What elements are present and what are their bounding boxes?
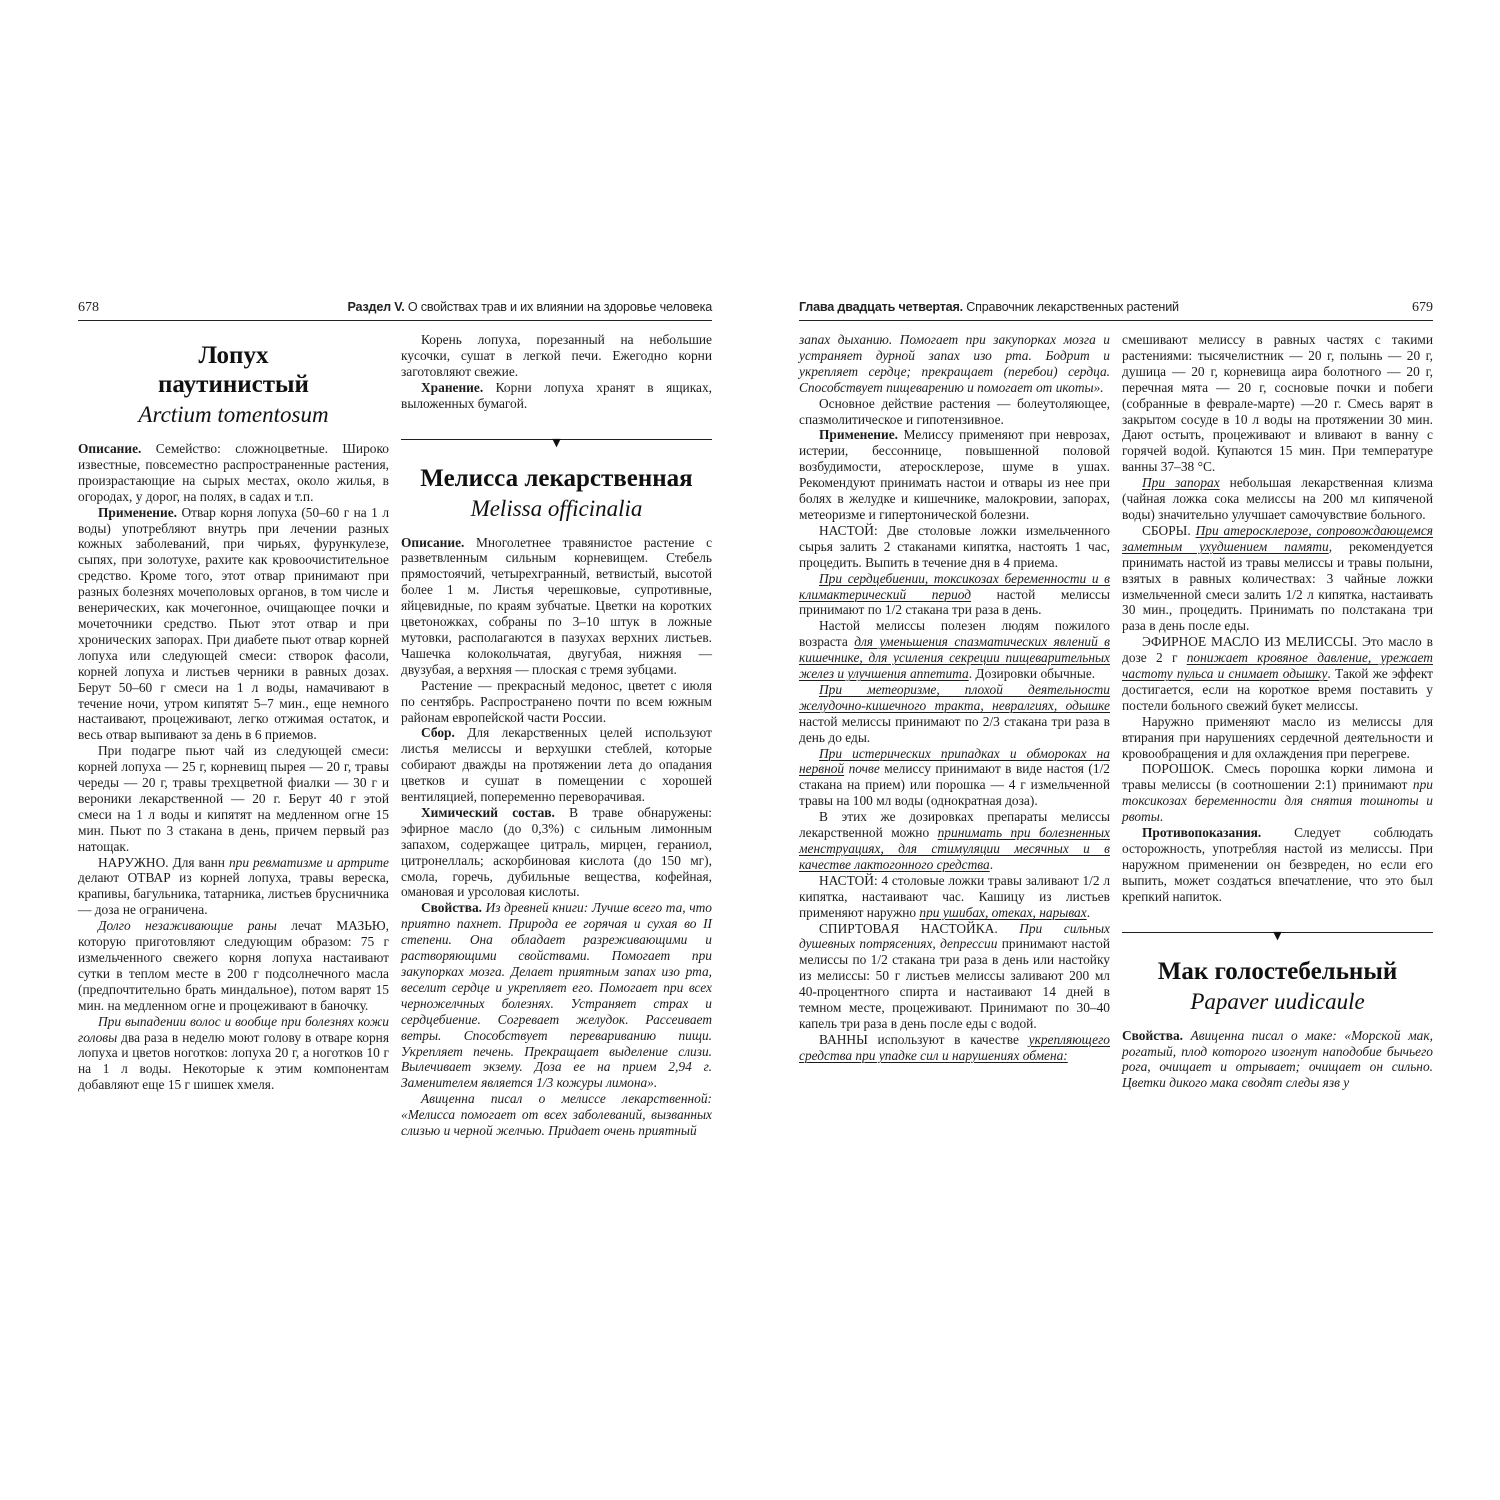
text-column-2: смешивают мелиссу в равных частях с таки… <box>1122 332 1433 1091</box>
text-run: два раза в неделю моют голову в отваре к… <box>78 1030 389 1093</box>
text-run: СПИРТОВАЯ НАСТОЙКА. <box>819 921 1019 936</box>
text-run: делают ОТВАР из корней лопуха, травы вер… <box>78 870 389 917</box>
text-run: . Дозировки обычные. <box>969 666 1095 681</box>
species-title-latin: Arctium tomentosum <box>78 401 389 429</box>
paragraph: смешивают мелиссу в равных частях с таки… <box>1122 332 1433 475</box>
text-run: Корень лопуха, порезанный на небольшие к… <box>401 332 712 379</box>
paragraph: При запорах небольшая лекарственная клиз… <box>1122 475 1433 523</box>
section-divider: ▼ <box>401 439 712 440</box>
running-head-left: 678 Раздел V. О свойствах трав и их влия… <box>78 300 712 315</box>
text-run: настой мелиссы принимают по 2/3 стакана … <box>799 714 1110 745</box>
paragraph: Применение. Мелиссу применяют при невроз… <box>799 427 1110 522</box>
triangle-down-icon: ▼ <box>1273 930 1281 942</box>
paragraph: Долго незаживающие раны лечат МАЗЬЮ, кот… <box>78 918 389 1013</box>
text-run: Долго незаживающие раны <box>98 918 277 933</box>
species-title-russian: Мак голостебельный <box>1122 957 1433 986</box>
text-run: Растение — прекрасный медонос, цветет с … <box>401 678 712 725</box>
text-run: смешивают мелиссу в равных частях с таки… <box>1122 332 1433 474</box>
text-run: Отвар корня лопуха (50–60 г на 1 л воды)… <box>78 505 389 743</box>
paragraph: ПОРОШОК. Смесь порошка корки лимона и тр… <box>1122 761 1433 825</box>
paragraph: При метеоризме, плохой деятельности желу… <box>799 682 1110 746</box>
text-column-1: запах дыханию. Помогает при закупорках м… <box>799 332 1110 1091</box>
text-run: . <box>990 857 993 872</box>
text-run: НАРУЖНО. Для ванн <box>98 855 229 870</box>
running-head-text: Раздел V. О свойствах трав и их влиянии … <box>348 300 713 315</box>
species-title-latin: Melissa officinalia <box>401 495 712 523</box>
running-head-section: Раздел V. <box>348 300 405 314</box>
paragraph: При выпадении волос и вообще при болезня… <box>78 1014 389 1094</box>
text-run: Применение. <box>98 505 181 520</box>
paragraph: Свойства. Из древней книги: Лучше всего … <box>401 900 712 1091</box>
paragraph: Противопоказания. Следует соблюдать осто… <box>1122 825 1433 905</box>
paragraph: ЭФИРНОЕ МАСЛО ИЗ МЕЛИССЫ. Это масло в до… <box>1122 634 1433 714</box>
text-run: При запорах <box>1142 475 1220 490</box>
species-title-russian: Лопух паутинистый <box>78 341 389 399</box>
paragraph: Применение. Отвар корня лопуха (50–60 г … <box>78 505 389 744</box>
text-run: Авиценна писал о мелиссе лекарственной: … <box>401 1091 712 1138</box>
species-title: Лопух паутинистыйArctium tomentosum <box>78 341 389 429</box>
text-run: Свойства. <box>1122 1028 1191 1043</box>
text-column-2: Корень лопуха, порезанный на небольшие к… <box>401 332 712 1139</box>
text-run: Основное действие растения — болеутоляющ… <box>799 396 1110 427</box>
species-title: Мелисса лекарственнаяMelissa officinalia <box>401 464 712 523</box>
page-columns: запах дыханию. Помогает при закупорках м… <box>799 332 1433 1091</box>
running-head-section: Глава двадцать четвертая. <box>799 300 963 314</box>
section-divider: ▼ <box>1122 932 1433 933</box>
paragraph: Описание. Семейство: сложноцветные. Широ… <box>78 441 389 505</box>
paragraph: При сердцебиении, токсикозах беременност… <box>799 571 1110 619</box>
text-run: При подагре пьют чай из следующей смеси:… <box>78 743 389 853</box>
paragraph: НАСТОЙ: Две столовые ложки измельченного… <box>799 523 1110 571</box>
text-run: Химический состав. <box>421 805 569 820</box>
paragraph: ВАННЫ используют в качестве укрепляющего… <box>799 1032 1110 1064</box>
paragraph: Описание. Многолетнее травянистое растен… <box>401 535 712 678</box>
text-run: запах дыханию. Помогает при закупорках м… <box>799 332 1110 395</box>
paragraph: Настой мелиссы полезен людям пожилого во… <box>799 618 1110 682</box>
text-run: Описание. <box>78 441 156 456</box>
running-head-title: О свойствах трав и их влиянии на здоровь… <box>405 300 712 314</box>
text-run: ПОРОШОК. Смесь порошка корки лимона и тр… <box>1122 761 1433 792</box>
text-run: Сбор. <box>421 725 467 740</box>
text-run: СБОРЫ. <box>1142 523 1196 538</box>
text-run: ВАННЫ используют в качестве <box>819 1032 1029 1047</box>
book-spread: 678 Раздел V. О свойствах трав и их влия… <box>0 0 1500 1500</box>
running-head-title: Справочник лекарственных растений <box>963 300 1179 314</box>
text-run: Наружно применяют масло из мелиссы для в… <box>1122 714 1433 761</box>
header-rule <box>799 320 1433 321</box>
paragraph: Авиценна писал о мелиссе лекарственной: … <box>401 1091 712 1139</box>
paragraph: НАРУЖНО. Для ванн при ревматизме и артри… <box>78 855 389 919</box>
text-run: Многолетнее травянистое растение с разве… <box>401 535 712 677</box>
running-head-text: Глава двадцать четвертая. Справочник лек… <box>799 300 1179 315</box>
text-run: При метеоризме, плохой деятельности желу… <box>799 682 1110 713</box>
text-run: при ушибах, отеках, нарывах <box>919 905 1086 920</box>
text-run: почве <box>844 761 880 776</box>
page-number: 679 <box>1412 300 1433 315</box>
paragraph: Корень лопуха, порезанный на небольшие к… <box>401 332 712 380</box>
text-run: Противопоказания. <box>1142 825 1294 840</box>
page-number: 678 <box>78 300 99 315</box>
paragraph: СБОРЫ. При атеросклерозе, сопровождающем… <box>1122 523 1433 634</box>
paragraph: Сбор. Для лекарственных целей используют… <box>401 725 712 805</box>
text-run: Свойства. <box>421 900 486 915</box>
paragraph: Химический состав. В траве обнаружены: э… <box>401 805 712 900</box>
text-column-1: Лопух паутинистыйArctium tomentosumОписа… <box>78 332 389 1139</box>
paragraph: запах дыханию. Помогает при закупорках м… <box>799 332 1110 396</box>
paragraph: Наружно применяют масло из мелиссы для в… <box>1122 714 1433 762</box>
text-run: Хранение. <box>421 380 496 395</box>
paragraph: Растение — прекрасный медонос, цветет с … <box>401 678 712 726</box>
text-run: НАСТОЙ: Две столовые ложки измельченного… <box>799 523 1110 570</box>
page-678: 678 Раздел V. О свойствах трав и их влия… <box>78 300 712 1139</box>
paragraph: Хранение. Корни лопуха хранят в ящиках, … <box>401 380 712 412</box>
paragraph: Основное действие растения — болеутоляющ… <box>799 396 1110 428</box>
text-run: Из древней книги: Лучше всего та, что пр… <box>401 900 712 1090</box>
species-title-latin: Papaver uudicaule <box>1122 988 1433 1016</box>
header-rule <box>78 320 712 321</box>
paragraph: В этих же дозировках препараты мелиссы л… <box>799 809 1110 873</box>
paragraph: При подагре пьют чай из следующей смеси:… <box>78 743 389 854</box>
paragraph: При истерических припадках и обмороках н… <box>799 746 1110 810</box>
paragraph: НАСТОЙ: 4 столовые ложки травы заливают … <box>799 873 1110 921</box>
triangle-down-icon: ▼ <box>552 437 560 449</box>
running-head-right: Глава двадцать четвертая. Справочник лек… <box>799 300 1433 315</box>
page-679: Глава двадцать четвертая. Справочник лек… <box>799 300 1433 1091</box>
page-columns: Лопух паутинистыйArctium tomentosumОписа… <box>78 332 712 1139</box>
text-run: . <box>1087 905 1090 920</box>
species-title-russian: Мелисса лекарственная <box>401 464 712 493</box>
paragraph: Свойства. Авиценна писал о маке: «Морско… <box>1122 1028 1433 1092</box>
text-run: Описание. <box>401 535 476 550</box>
text-run: при ревматизме и артрите <box>229 855 389 870</box>
species-title: Мак голостебельныйPapaver uudicaule <box>1122 957 1433 1016</box>
text-run: . <box>1160 809 1163 824</box>
paragraph: СПИРТОВАЯ НАСТОЙКА. При сильных душевных… <box>799 921 1110 1032</box>
text-run: Применение. <box>819 427 904 442</box>
